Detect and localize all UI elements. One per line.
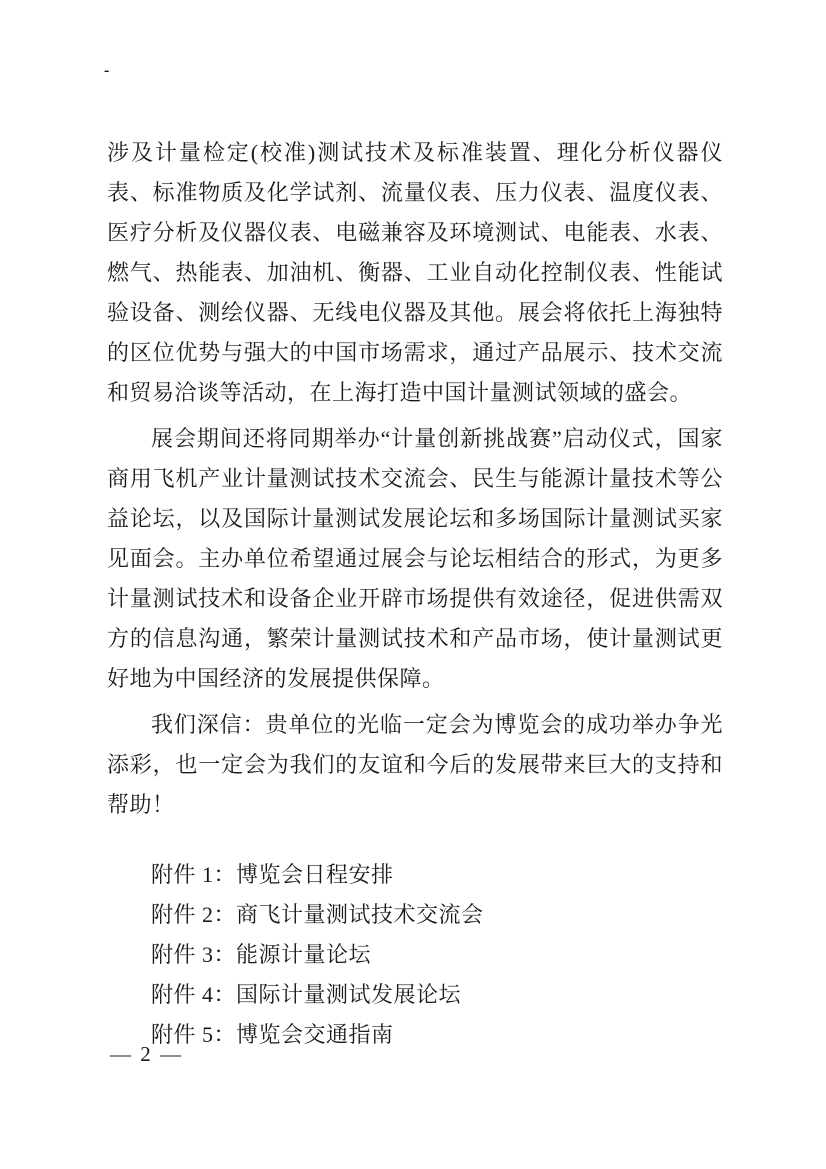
- attachment-item-3: 附件 3：能源计量论坛: [107, 935, 723, 975]
- page-number: — 2 —: [110, 1042, 183, 1067]
- body-paragraph-instrument-list: 涉及计量检定(校准)测试技术及标准装置、理化分析仪器仪表、标准物质及化学试剂、流…: [107, 133, 723, 413]
- attachment-list: 附件 1：博览会日程安排 附件 2：商飞计量测试技术交流会 附件 3：能源计量论…: [107, 855, 723, 1055]
- attachment-item-5: 附件 5：博览会交通指南: [107, 1015, 723, 1055]
- attachment-item-4: 附件 4：国际计量测试发展论坛: [107, 975, 723, 1015]
- document-body: 涉及计量检定(校准)测试技术及标准装置、理化分析仪器仪表、标准物质及化学试剂、流…: [107, 133, 723, 1055]
- document-page: - 涉及计量检定(校准)测试技术及标准装置、理化分析仪器仪表、标准物质及化学试剂…: [0, 0, 826, 1169]
- stray-dash-mark: -: [104, 62, 109, 80]
- body-paragraph-forums: 展会期间还将同期举办“计量创新挑战赛”启动仪式，国家商用飞机产业计量测试技术交流…: [107, 419, 723, 699]
- attachment-item-1: 附件 1：博览会日程安排: [107, 855, 723, 895]
- attachment-item-2: 附件 2：商飞计量测试技术交流会: [107, 895, 723, 935]
- body-paragraph-closing: 我们深信：贵单位的光临一定会为博览会的成功举办争光添彩，也一定会为我们的友谊和今…: [107, 705, 723, 825]
